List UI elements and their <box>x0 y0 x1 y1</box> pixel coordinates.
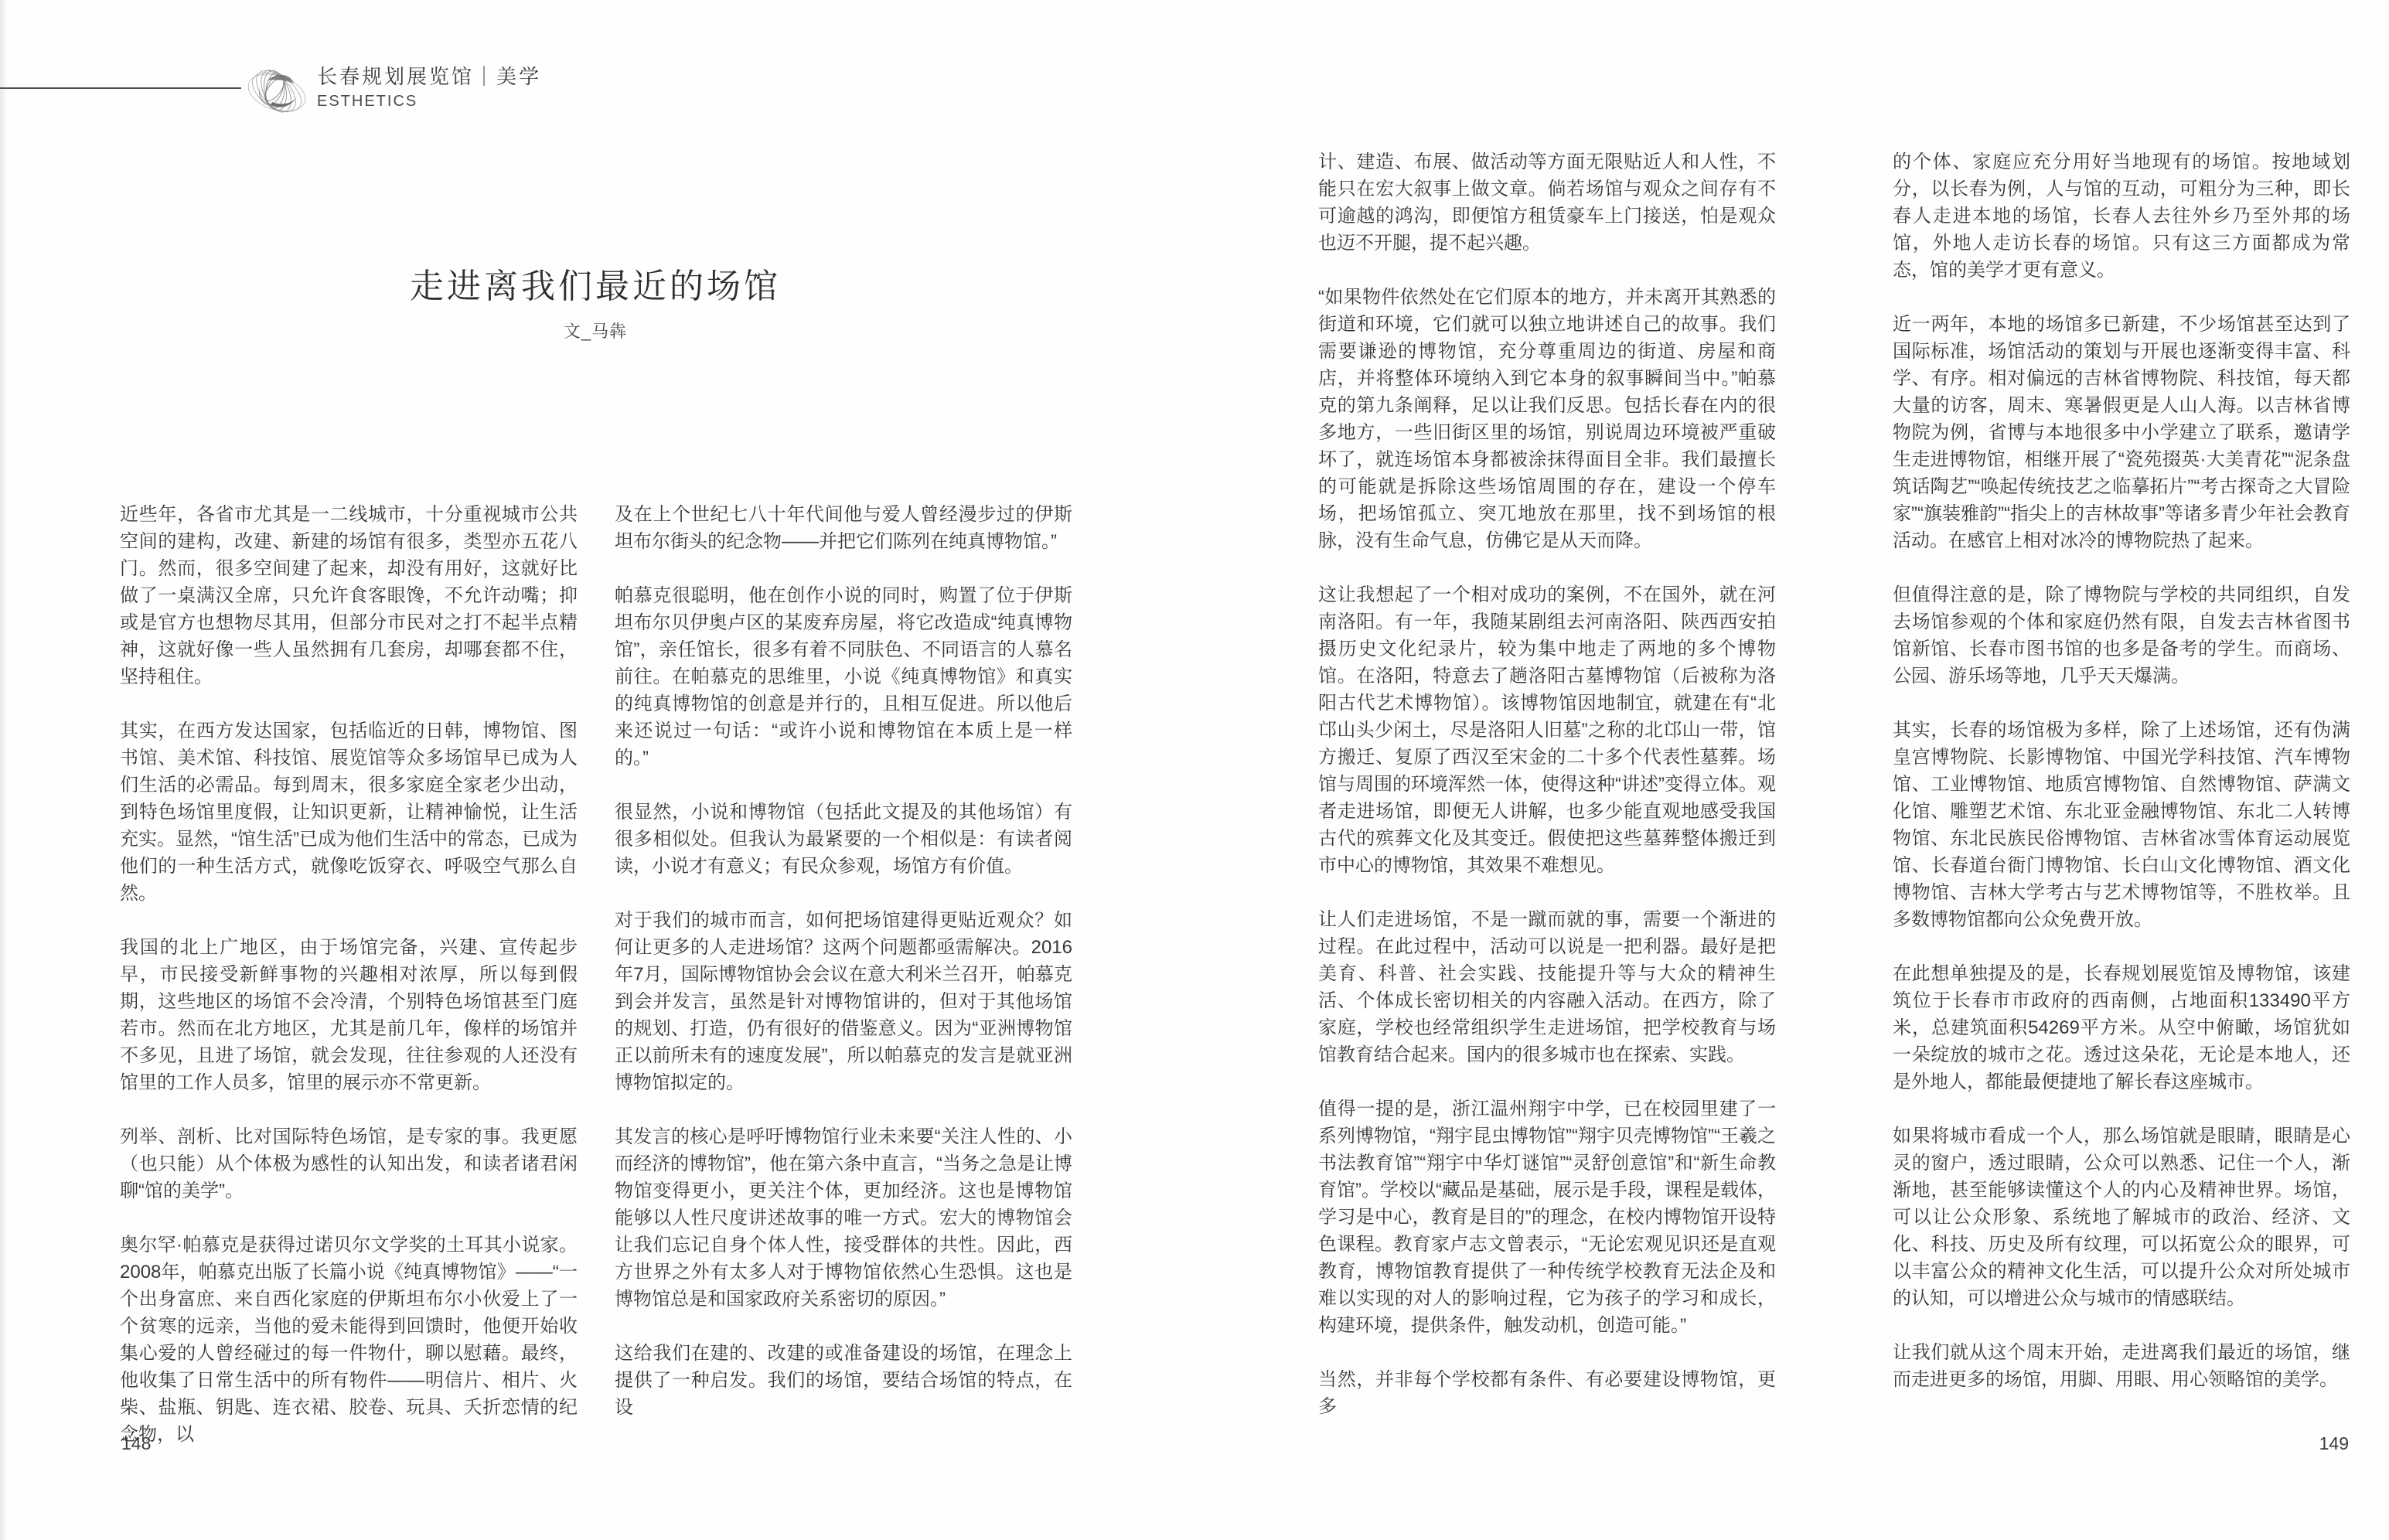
paragraph: “如果物件依然处在它们原本的地方，并未离开其熟悉的街道和环境，它们就可以独立地讲… <box>1318 284 1776 554</box>
paragraph: 这给我们在建的、改建的或准备建设的场馆，在理念上提供了一种启发。我们的场馆，要结… <box>615 1340 1072 1421</box>
paragraph: 奥尔罕·帕慕克是获得过诺贝尔文学奖的土耳其小说家。2008年，帕慕克出版了长篇小… <box>120 1232 578 1448</box>
paragraph: 如果将城市看成一个人，那么场馆就是眼睛，眼睛是心灵的窗户，透过眼睛，公众可以熟悉… <box>1893 1123 2350 1312</box>
paragraph: 很显然，小说和博物馆（包括此文提及的其他场馆）有很多相似处。但我认为最紧要的一个… <box>615 799 1072 880</box>
left-page-column-2: 及在上个世纪七八十年代间他与爱人曾经漫步过的伊斯坦布尔街头的纪念物——并把它们陈… <box>615 501 1072 1421</box>
paragraph: 其实，在西方发达国家，包括临近的日韩，博物馆、图书馆、美术馆、科技馆、展览馆等众… <box>120 717 578 907</box>
header-rule <box>0 87 241 89</box>
paragraph: 计、建造、布展、做活动等方面无限贴近人和人性，不能只在宏大叙事上做文章。倘若场馆… <box>1318 148 1776 257</box>
paragraph: 在此想单独提及的是，长春规划展览馆及博物馆，该建筑位于长春市市政府的西南侧，占地… <box>1893 960 2350 1095</box>
paragraph: 这让我想起了一个相对成功的案例，不在国外，就在河南洛阳。有一年，我随某剧组去河南… <box>1318 581 1776 879</box>
paragraph: 其实，长春的场馆极为多样，除了上述场馆，还有伪满皇宫博物院、长影博物馆、中国光学… <box>1893 717 2350 933</box>
paragraph: 对于我们的城市而言，如何把场馆建得更贴近观众？如何让更多的人走进场馆？这两个问题… <box>615 907 1072 1096</box>
paragraph: 的个体、家庭应充分用好当地现有的场馆。按地域划分，以长春为例，人与馆的互动，可粗… <box>1893 148 2350 284</box>
paragraph: 列举、剖析、比对国际特色场馆，是专家的事。我更愿（也只能）从个体极为感性的认知出… <box>120 1123 578 1204</box>
left-page-column-1: 近些年，各省市尤其是一二线城市，十分重视城市公共空间的建构，改建、新建的场馆有很… <box>120 501 578 1448</box>
article-title: 走进离我们最近的场馆 <box>120 258 1071 308</box>
paragraph: 及在上个世纪七八十年代间他与爱人曾经漫步过的伊斯坦布尔街头的纪念物——并把它们陈… <box>615 501 1072 555</box>
masthead-title-cn: 长春规划展览馆｜美学 <box>317 66 541 87</box>
scan-edge-shade <box>0 0 8 1540</box>
magazine-spread: 长春规划展览馆｜美学 ESTHETICS 走进离我们最近的场馆 文_马犇 近些年… <box>0 0 2389 1540</box>
paragraph: 让我们就从这个周末开始，走进离我们最近的场馆，继而走进更多的场馆，用脚、用眼、用… <box>1893 1339 2350 1393</box>
right-page-column-2: 的个体、家庭应充分用好当地现有的场馆。按地域划分，以长春为例，人与馆的互动，可粗… <box>1893 148 2350 1393</box>
paragraph: 当然，并非每个学校都有条件、有必要建设博物馆，更多 <box>1318 1366 1776 1420</box>
swirl-logo-icon <box>244 57 309 125</box>
paragraph: 其发言的核心是呼吁博物馆行业未来要“关注人性的、小而经济的博物馆”，他在第六条中… <box>615 1123 1072 1313</box>
paragraph: 近些年，各省市尤其是一二线城市，十分重视城市公共空间的建构，改建、新建的场馆有很… <box>120 501 578 690</box>
paragraph: 近一两年，本地的场馆多已新建，不少场馆甚至达到了国际标准，场馆活动的策划与开展也… <box>1893 311 2350 554</box>
paragraph: 我国的北上广地区，由于场馆完备，兴建、宣传起步早，市民接受新鲜事物的兴趣相对浓厚… <box>120 934 578 1096</box>
page-number-right: 149 <box>1893 1433 2349 1454</box>
page-number-left: 148 <box>121 1433 151 1454</box>
masthead-title-en: ESTHETICS <box>317 94 541 109</box>
article-byline: 文_马犇 <box>120 319 1071 342</box>
paragraph: 让人们走进场馆，不是一蹴而就的事，需要一个渐进的过程。在此过程中，活动可以说是一… <box>1318 906 1776 1068</box>
paragraph: 帕慕克很聪明，他在创作小说的同时，购置了位于伊斯坦布尔贝伊奥卢区的某废弃房屋，将… <box>615 582 1072 772</box>
right-page-column-1: 计、建造、布展、做活动等方面无限贴近人和人性，不能只在宏大叙事上做文章。倘若场馆… <box>1318 148 1776 1420</box>
paragraph: 但值得注意的是，除了博物院与学校的共同组织，自发去场馆参观的个体和家庭仍然有限，… <box>1893 581 2350 690</box>
masthead: 长春规划展览馆｜美学 ESTHETICS <box>317 66 541 109</box>
paragraph: 值得一提的是，浙江温州翔宇中学，已在校园里建了一系列博物馆，“翔宇昆虫博物馆”“… <box>1318 1095 1776 1339</box>
